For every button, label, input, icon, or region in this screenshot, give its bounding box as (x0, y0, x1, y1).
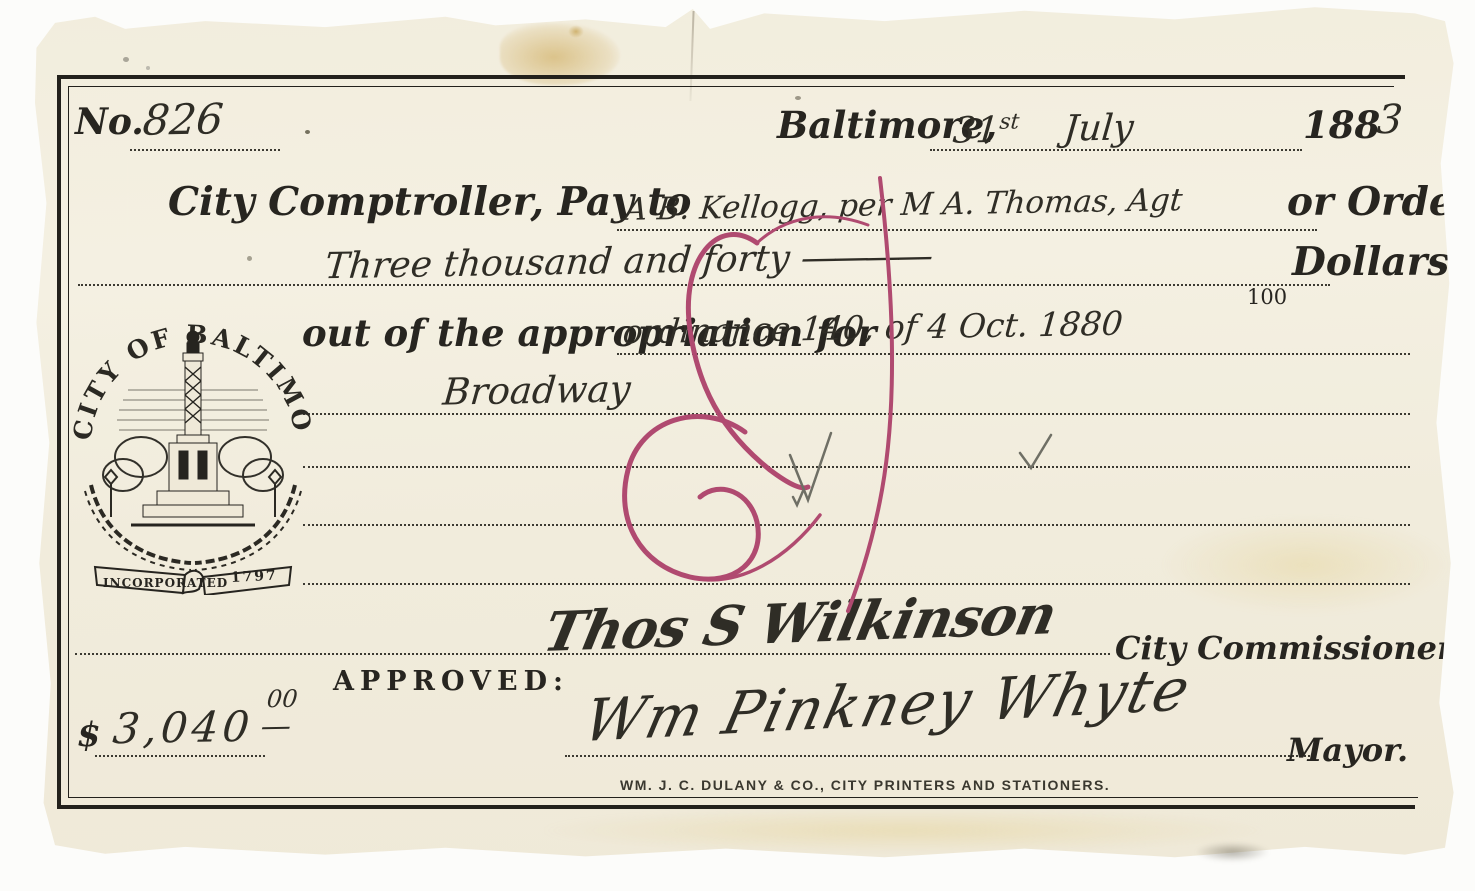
scanned-check-document: No. 826 Baltimore, 31st July 188 3 City … (0, 0, 1475, 891)
background-speck (123, 57, 129, 62)
pencil-checkmarks (790, 433, 1051, 505)
pink-cancellation-flourish (625, 178, 892, 611)
background-speck (146, 66, 150, 70)
pencil-checkmark-1 (790, 433, 831, 500)
cancellation-marks (25, 3, 1455, 865)
edge-smudge (1195, 842, 1270, 862)
pencil-checkmark-2 (1020, 435, 1051, 468)
pencil-checkmark-1-tail (793, 491, 803, 505)
check-paper: No. 826 Baltimore, 31st July 188 3 City … (25, 3, 1455, 865)
